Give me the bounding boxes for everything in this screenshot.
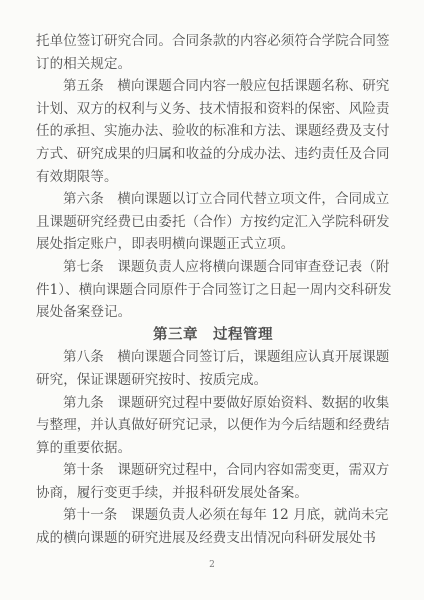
text-line-article-6: 第六条 横向课题以订立合同代替立项文件，合同成立	[36, 188, 390, 211]
text-line: 有效期限等。	[36, 166, 390, 189]
page-number: 2	[0, 560, 424, 570]
text-line: 且课题研究经费已由委托（合作）方按约定汇入学院科研发	[36, 211, 390, 234]
text-line: 成的横向课题的研究进展及经费支出情况向科研发展处书	[36, 527, 390, 550]
text-line-article-7: 第七条 课题负责人应将横向课题合同审查登记表（附	[36, 256, 390, 279]
text-line-article-5: 第五条 横向课题合同内容一般应包括课题名称、研究	[36, 75, 390, 98]
text-line: 研究，保证课题研究按时、按质完成。	[36, 369, 390, 392]
text-line: 与整理，并认真做好研究记录，以便作为今后结题和经费结	[36, 414, 390, 437]
text-line-article-10: 第十条 课题研究过程中，合同内容如需变更，需双方	[36, 459, 390, 482]
text-line: 件1）、横向课题合同原件于合同签订之日起一周内交科研发	[36, 279, 390, 302]
document-page: 托单位签订研究合同。合同条款的内容必须符合学院合同签 订的相关规定。 第五条 横…	[0, 0, 424, 600]
text-line: 算的重要依据。	[36, 437, 390, 460]
chapter-heading: 第三章 过程管理	[36, 324, 390, 347]
text-line-article-9: 第九条 课题研究过程中要做好原始资料、数据的收集	[36, 392, 390, 415]
text-line: 协商，履行变更手续，并报科研发展处备案。	[36, 482, 390, 505]
text-line: 方式、研究成果的归属和收益的分成办法、违约责任及合同	[36, 143, 390, 166]
text-line: 展处指定账户，即表明横向课题正式立项。	[36, 233, 390, 256]
text-line: 托单位签订研究合同。合同条款的内容必须符合学院合同签	[36, 30, 390, 53]
text-line: 展处备案登记。	[36, 301, 390, 324]
document-body: 托单位签订研究合同。合同条款的内容必须符合学院合同签 订的相关规定。 第五条 横…	[0, 0, 424, 550]
text-line: 任的承担、实施办法、验收的标准和方法、课题经费及支付	[36, 120, 390, 143]
text-line: 订的相关规定。	[36, 53, 390, 76]
text-line: 计划、双方的权利与义务、技术情报和资料的保密、风险责	[36, 98, 390, 121]
text-line-article-11: 第十一条 课题负责人必须在每年 12 月底，就尚未完	[36, 504, 390, 527]
text-line-article-8: 第八条 横向课题合同签订后，课题组应认真开展课题	[36, 346, 390, 369]
